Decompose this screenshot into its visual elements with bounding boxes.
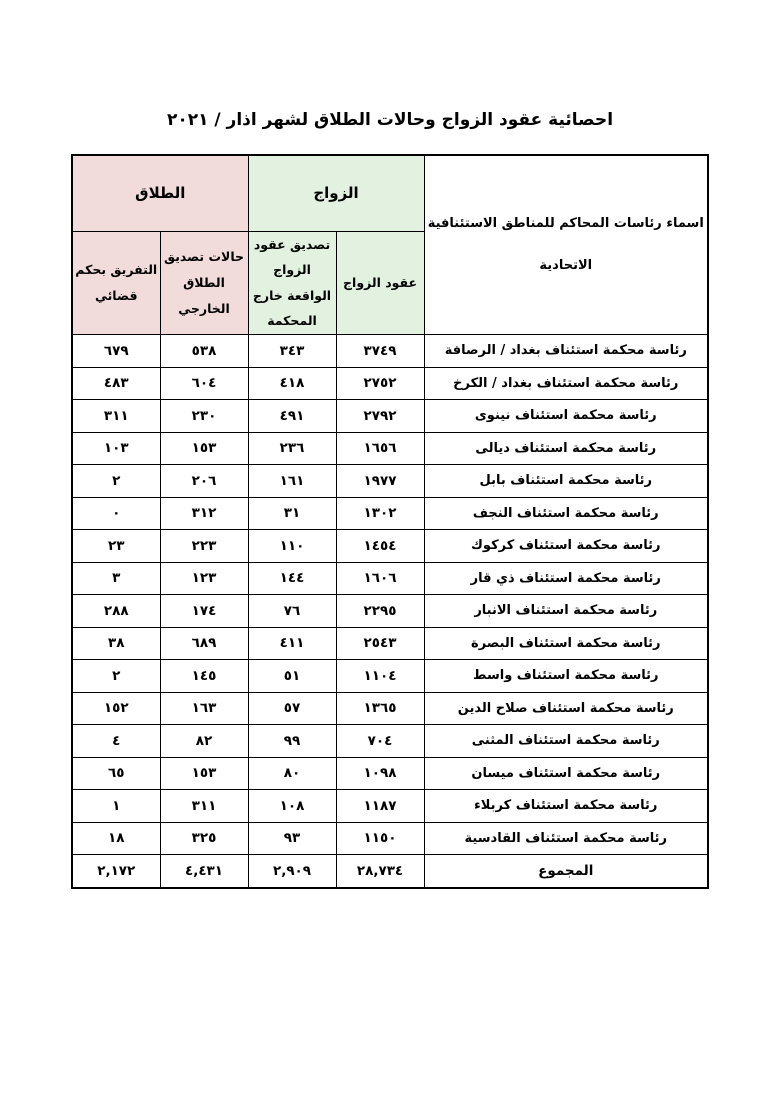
marriage-contracts-value: ٢٢٩٥	[336, 595, 424, 628]
table-header: اسماء رئاسات المحاكم للمناطق الاستئنافية…	[72, 155, 708, 335]
external-divorce-value: ٥٣٨	[160, 335, 248, 368]
external-divorce-value: ٣١٢	[160, 497, 248, 530]
court-name-cell: رئاسة محكمة استئناف بغداد / الكرخ	[424, 367, 708, 400]
external-divorce-value: ٦٠٤	[160, 367, 248, 400]
external-divorce-value: ٣١١	[160, 790, 248, 823]
marriage-contracts-value: ١٤٥٤	[336, 530, 424, 563]
marriage-outside-court-value: ١٠٨	[248, 790, 336, 823]
marriage-outside-court-value: ١٦١	[248, 465, 336, 498]
marriage-outside-court-value: ٧٦	[248, 595, 336, 628]
judicial-separation-value: ١٨	[72, 822, 160, 855]
court-name-cell: رئاسة محكمة استئناف البصرة	[424, 627, 708, 660]
marriage-outside-court-value: ٢٣٦	[248, 432, 336, 465]
judicial-separation-value: ٤٨٣	[72, 367, 160, 400]
external-divorce-column-header: حالات تصديق الطلاق الخارجي	[160, 231, 248, 335]
judicial-separation-value: ٢٨٨	[72, 595, 160, 628]
judicial-separation-value: ١	[72, 790, 160, 823]
marriage-outside-court-value: ٣٤٣	[248, 335, 336, 368]
marriage-contracts-value: ٢٧٥٢	[336, 367, 424, 400]
external-divorce-value: ٨٢	[160, 725, 248, 758]
table-row: رئاسة محكمة استئناف القادسية١١٥٠٩٣٣٢٥١٨	[72, 822, 708, 855]
marriage-contracts-value: ١٣٠٢	[336, 497, 424, 530]
table-row: رئاسة محكمة استئناف كربلاء١١٨٧١٠٨٣١١١	[72, 790, 708, 823]
external-divorce-value: ١٤٥	[160, 660, 248, 693]
external-divorce-value: ٣٢٥	[160, 822, 248, 855]
marriage-outside-court-value: ٩٩	[248, 725, 336, 758]
external-divorce-value: ١٥٣	[160, 432, 248, 465]
external-divorce-value: ٢٢٣	[160, 530, 248, 563]
marriage-contracts-value: ١٦٠٦	[336, 562, 424, 595]
court-name-cell: رئاسة محكمة استئناف ذي قار	[424, 562, 708, 595]
court-name-cell: رئاسة محكمة استئناف بغداد / الرصافة	[424, 335, 708, 368]
marriage-contracts-value: ١٩٧٧	[336, 465, 424, 498]
page-title: احصائية عقود الزواج وحالات الطلاق لشهر ا…	[0, 110, 780, 130]
table-row: رئاسة محكمة استئناف البصرة٢٥٤٣٤١١٦٨٩٣٨	[72, 627, 708, 660]
courts-column-header: اسماء رئاسات المحاكم للمناطق الاستئنافية…	[424, 155, 708, 335]
table-row: رئاسة محكمة استئناف بغداد / الرصافة٣٧٤٩٣…	[72, 335, 708, 368]
marriage-outside-court-value: ٢,٩٠٩	[248, 855, 336, 888]
court-name-cell: رئاسة محكمة استئناف واسط	[424, 660, 708, 693]
table-row: رئاسة محكمة استئناف بابل١٩٧٧١٦١٢٠٦٢	[72, 465, 708, 498]
marriage-outside-court-value: ٥٧	[248, 692, 336, 725]
judicial-separation-value: ٢	[72, 660, 160, 693]
marriage-contracts-value: ١١٨٧	[336, 790, 424, 823]
marriage-contracts-value: ١٠٩٨	[336, 757, 424, 790]
marriage-contracts-value: ٣٧٤٩	[336, 335, 424, 368]
court-name-cell: رئاسة محكمة استئناف كربلاء	[424, 790, 708, 823]
table-body: رئاسة محكمة استئناف بغداد / الرصافة٣٧٤٩٣…	[72, 335, 708, 888]
judicial-separation-value: ٣٨	[72, 627, 160, 660]
document-page: احصائية عقود الزواج وحالات الطلاق لشهر ا…	[0, 0, 780, 1103]
divorce-group-header: الطلاق	[72, 155, 248, 231]
table-row: رئاسة محكمة استئناف بغداد / الكرخ٢٧٥٢٤١٨…	[72, 367, 708, 400]
court-name-cell: رئاسة محكمة استئناف صلاح الدين	[424, 692, 708, 725]
marriage-outside-court-value: ٣١	[248, 497, 336, 530]
judicial-separation-column-header: التفريق بحكم قضائي	[72, 231, 160, 335]
marriage-contracts-value: ١١٠٤	[336, 660, 424, 693]
marriage-outside-court-value: ١١٠	[248, 530, 336, 563]
marriage-contracts-value: ٢٧٩٢	[336, 400, 424, 433]
marriage-contracts-value: ١٦٥٦	[336, 432, 424, 465]
marriage-outside-court-value: ٤١٨	[248, 367, 336, 400]
court-name-cell: رئاسة محكمة استئناف القادسية	[424, 822, 708, 855]
marriage-contracts-value: ٢٨,٧٣٤	[336, 855, 424, 888]
table-row: رئاسة محكمة استئناف ميسان١٠٩٨٨٠١٥٣٦٥	[72, 757, 708, 790]
external-divorce-value: ٢٣٠	[160, 400, 248, 433]
marriage-outside-court-value: ٤٩١	[248, 400, 336, 433]
court-name-cell: رئاسة محكمة استئناف المثنى	[424, 725, 708, 758]
table-row: رئاسة محكمة استئناف ذي قار١٦٠٦١٤٤١٢٣٣	[72, 562, 708, 595]
judicial-separation-value: ٢٣	[72, 530, 160, 563]
marriage-contracts-value: ١٣٦٥	[336, 692, 424, 725]
judicial-separation-value: ٢,١٧٢	[72, 855, 160, 888]
judicial-separation-value: ٦٧٩	[72, 335, 160, 368]
marriage-contracts-value: ٢٥٤٣	[336, 627, 424, 660]
court-name-cell: رئاسة محكمة استئناف النجف	[424, 497, 708, 530]
marriage-outside-court-value: ٨٠	[248, 757, 336, 790]
external-divorce-value: ٤,٤٣١	[160, 855, 248, 888]
table-row: رئاسة محكمة استئناف المثنى٧٠٤٩٩٨٢٤	[72, 725, 708, 758]
judicial-separation-value: ١٥٢	[72, 692, 160, 725]
table-row: رئاسة محكمة استئناف واسط١١٠٤٥١١٤٥٢	[72, 660, 708, 693]
court-name-cell: المجموع	[424, 855, 708, 888]
statistics-table: اسماء رئاسات المحاكم للمناطق الاستئنافية…	[71, 154, 709, 889]
table-row: رئاسة محكمة استئناف ديالى١٦٥٦٢٣٦١٥٣١٠٣	[72, 432, 708, 465]
table-row: رئاسة محكمة استئناف الانبار٢٢٩٥٧٦١٧٤٢٨٨	[72, 595, 708, 628]
court-name-cell: رئاسة محكمة استئناف كركوك	[424, 530, 708, 563]
total-row: المجموع٢٨,٧٣٤٢,٩٠٩٤,٤٣١٢,١٧٢	[72, 855, 708, 888]
marriage-contracts-value: ١١٥٠	[336, 822, 424, 855]
table-row: رئاسة محكمة استئناف نينوى٢٧٩٢٤٩١٢٣٠٣١١	[72, 400, 708, 433]
marriage-outside-court-column-header: تصديق عقود الزواج الواقعة خارج المحكمة	[248, 231, 336, 335]
court-name-cell: رئاسة محكمة استئناف ديالى	[424, 432, 708, 465]
external-divorce-value: ١٦٣	[160, 692, 248, 725]
judicial-separation-value: ١٠٣	[72, 432, 160, 465]
court-name-cell: رئاسة محكمة استئناف نينوى	[424, 400, 708, 433]
court-name-cell: رئاسة محكمة استئناف ميسان	[424, 757, 708, 790]
external-divorce-value: ٢٠٦	[160, 465, 248, 498]
courts-header-line2: الاتحادية	[427, 245, 706, 287]
table-row: رئاسة محكمة استئناف كركوك١٤٥٤١١٠٢٢٣٢٣	[72, 530, 708, 563]
external-divorce-value: ١٢٣	[160, 562, 248, 595]
court-name-cell: رئاسة محكمة استئناف بابل	[424, 465, 708, 498]
table-row: رئاسة محكمة استئناف النجف١٣٠٢٣١٣١٢٠	[72, 497, 708, 530]
marriage-outside-court-value: ٩٣	[248, 822, 336, 855]
marriage-outside-court-value: ٤١١	[248, 627, 336, 660]
table-row: رئاسة محكمة استئناف صلاح الدين١٣٦٥٥٧١٦٣١…	[72, 692, 708, 725]
external-divorce-value: ٦٨٩	[160, 627, 248, 660]
court-name-cell: رئاسة محكمة استئناف الانبار	[424, 595, 708, 628]
judicial-separation-value: ٤	[72, 725, 160, 758]
courts-header-line1: اسماء رئاسات المحاكم للمناطق الاستئنافية	[427, 203, 706, 245]
judicial-separation-value: ٣١١	[72, 400, 160, 433]
external-divorce-value: ١٧٤	[160, 595, 248, 628]
marriage-contracts-value: ٧٠٤	[336, 725, 424, 758]
judicial-separation-value: ٣	[72, 562, 160, 595]
marriage-group-header: الزواج	[248, 155, 424, 231]
marriage-contracts-column-header: عقود الزواج	[336, 231, 424, 335]
marriage-outside-court-value: ١٤٤	[248, 562, 336, 595]
judicial-separation-value: ٦٥	[72, 757, 160, 790]
external-divorce-value: ١٥٣	[160, 757, 248, 790]
marriage-outside-court-value: ٥١	[248, 660, 336, 693]
judicial-separation-value: ٠	[72, 497, 160, 530]
judicial-separation-value: ٢	[72, 465, 160, 498]
